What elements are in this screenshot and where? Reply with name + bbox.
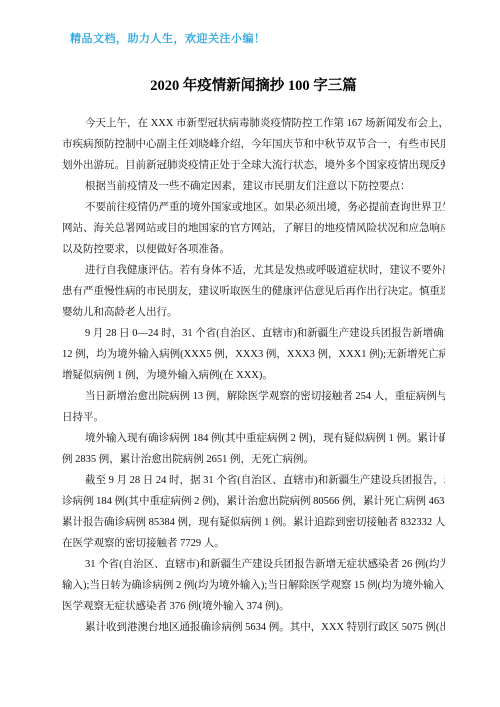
- text-line: 当日新增治愈出院病例 13 例，解除医学观察的密切接触者 254 人，重症病例与…: [62, 386, 445, 407]
- text-line: 例 2835 例，累计治愈出院病例 2651 例，无死亡病例。: [62, 449, 445, 470]
- paragraph: 根据当前疫情及一些不确定因素，建议市民朋友们注意以下防控要点：: [62, 176, 445, 197]
- paragraph: 不要前往疫情仍严重的境外国家或地区。如果必须出境，务必提前查询世界卫生组织网站、…: [62, 197, 445, 260]
- paragraph: 当日新增治愈出院病例 13 例，解除医学观察的密切接触者 254 人，重症病例与…: [62, 386, 445, 428]
- paragraph: 9 月 28 日 0—24 时，31 个省(自治区、直辖市)和新疆生产建设兵团报…: [62, 323, 445, 386]
- paragraph: 境外输入现有确诊病例 184 例(其中重症病例 2 例)，现有疑似病例 1 例。…: [62, 428, 445, 470]
- text-line: 网站、海关总署网站或目的地国家的官方网站，了解目的地疫情风险状况和应急响应级别: [62, 218, 445, 239]
- promo-banner-text: 精品文档，助力人生，欢迎关注小编！: [70, 30, 266, 46]
- text-line: 增疑似病例 1 例，为境外输入病例(在 XXX)。: [62, 365, 445, 386]
- text-line: 划外出游玩。目前新冠肺炎疫情正处于全球大流行状态，境外多个国家疫情出现反弹。: [62, 155, 445, 176]
- text-line: 婴幼儿和高龄老人出行。: [62, 302, 445, 323]
- document-page: 精品文档，助力人生，欢迎关注小编！ 2020 年疫情新闻摘抄 100 字三篇 今…: [0, 0, 500, 707]
- text-line: 进行自我健康评估。若有身体不适，尤其是发热或呼吸道症状时，建议不要外出旅行。: [62, 260, 445, 281]
- page-title: 2020 年疫情新闻摘抄 100 字三篇: [62, 75, 445, 97]
- paragraph: 进行自我健康评估。若有身体不适，尤其是发热或呼吸道症状时，建议不要外出旅行。患有…: [62, 260, 445, 323]
- text-line: 累计报告确诊病例 85384 例，现有疑似病例 1 例。累计追踪到密切接触者 8…: [62, 512, 445, 533]
- text-line: 以及防控要求，以便做好各项准备。: [62, 239, 445, 260]
- text-line: 9 月 28 日 0—24 时，31 个省(自治区、直辖市)和新疆生产建设兵团报…: [62, 323, 445, 344]
- text-line: 在医学观察的密切接触者 7729 人。: [62, 533, 445, 554]
- text-line: 日持平。: [62, 407, 445, 428]
- paragraph: 今天上午，在 XXX 市新型冠状病毒肺炎疫情防控工作第 167 场新闻发布会上，…: [62, 113, 445, 176]
- text-line: 不要前往疫情仍严重的境外国家或地区。如果必须出境，务必提前查询世界卫生组织: [62, 197, 445, 218]
- text-line: 今天上午，在 XXX 市新型冠状病毒肺炎疫情防控工作第 167 场新闻发布会上，…: [62, 113, 445, 134]
- paragraph: 31 个省(自治区、直辖市)和新疆生产建设兵团报告新增无症状感染者 26 例(均…: [62, 554, 445, 617]
- text-line: 累计收到港澳台地区通报确诊病例 5634 例。其中，XXX 特别行政区 5075…: [62, 617, 445, 638]
- text-line: 31 个省(自治区、直辖市)和新疆生产建设兵团报告新增无症状感染者 26 例(均…: [62, 554, 445, 575]
- text-line: 截至 9 月 28 日 24 时，据 31 个省(自治区、直辖市)和新疆生产建设…: [62, 470, 445, 491]
- text-line: 患有严重慢性病的市民朋友，建议听取医生的健康评估意见后再作出行决定。慎重选择带: [62, 281, 445, 302]
- paragraph: 截至 9 月 28 日 24 时，据 31 个省(自治区、直辖市)和新疆生产建设…: [62, 470, 445, 554]
- document-body: 今天上午，在 XXX 市新型冠状病毒肺炎疫情防控工作第 167 场新闻发布会上，…: [62, 113, 445, 638]
- text-line: 市疾病预防控制中心副主任刘晓峰介绍，今年国庆节和中秋节双节合一，有些市民朋友计: [62, 134, 445, 155]
- text-line: 医学观察无症状感染者 376 例(境外输入 374 例)。: [62, 596, 445, 617]
- text-line: 输入);当日转为确诊病例 2 例(均为境外输入);当日解除医学观察 15 例(均…: [62, 575, 445, 596]
- text-line: 诊病例 184 例(其中重症病例 2 例)，累计治愈出院病例 80566 例，累…: [62, 491, 445, 512]
- paragraph: 累计收到港澳台地区通报确诊病例 5634 例。其中，XXX 特别行政区 5075…: [62, 617, 445, 638]
- text-line: 12 例，均为境外输入病例(XXX5 例，XXX3 例，XXX3 例，XXX1 …: [62, 344, 445, 365]
- text-line: 境外输入现有确诊病例 184 例(其中重症病例 2 例)，现有疑似病例 1 例。…: [62, 428, 445, 449]
- text-line: 根据当前疫情及一些不确定因素，建议市民朋友们注意以下防控要点：: [62, 176, 445, 197]
